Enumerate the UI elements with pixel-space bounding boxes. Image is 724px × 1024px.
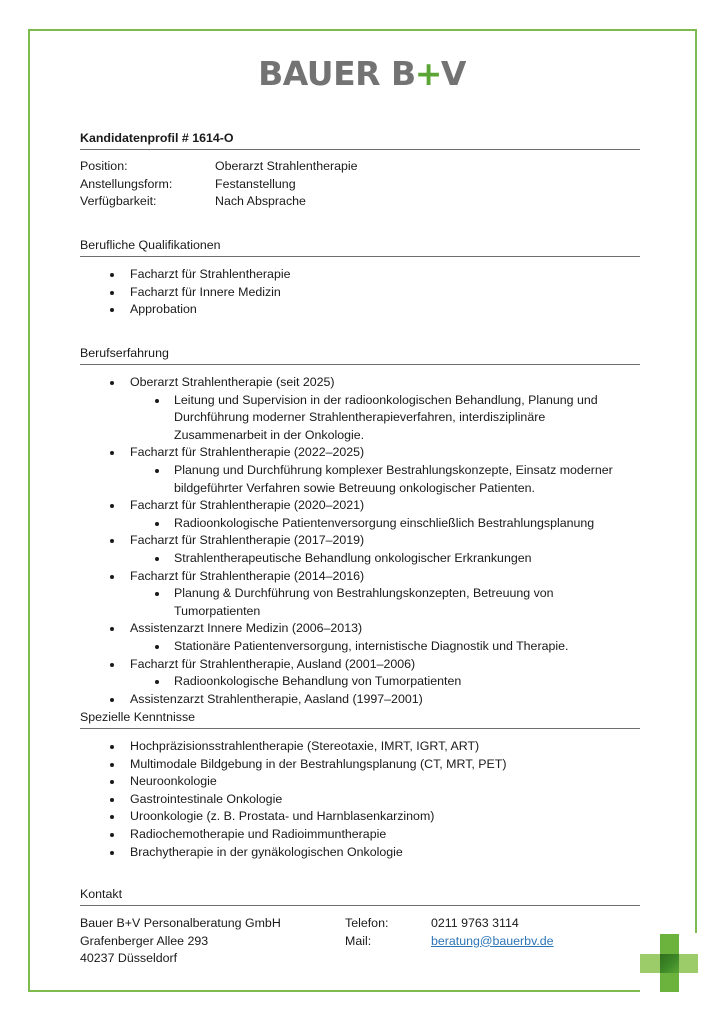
experience-detail-text: Strahlentherapeutische Behandlung onkolo…	[174, 551, 532, 565]
experience-item-text: Facharzt für Strahlentherapie (2020–2021…	[130, 498, 364, 512]
mail-link[interactable]: beratung@bauerbv.de	[431, 933, 554, 951]
experience-detail-text: Leitung und Supervision in der radioonko…	[174, 393, 598, 442]
experience-item: Facharzt für Strahlentherapie (2020–2021…	[80, 497, 640, 532]
experience-details: Stationäre Patientenversorgung, internis…	[130, 638, 640, 656]
experience-item: Oberarzt Strahlentherapie (seit 2025)Lei…	[80, 374, 640, 444]
logo-plus-icon: +	[415, 54, 442, 93]
experience-detail-text: Planung & Durchführung von Bestrahlungsk…	[174, 586, 554, 618]
company-logo: BAUER B+V	[0, 54, 724, 93]
experience-item: Facharzt für Strahlentherapie (2017–2019…	[80, 532, 640, 567]
qualification-item-text: Facharzt für Innere Medizin	[130, 285, 281, 299]
phone-label: Telefon:	[345, 915, 431, 933]
experience-detail: Radioonkologische Patientenversorgung ei…	[130, 515, 640, 533]
experience-details: Radioonkologische Patientenversorgung ei…	[130, 515, 640, 533]
company-name: Bauer B+V Personalberatung GmbH	[80, 915, 281, 933]
experience-detail-text: Radioonkologische Patientenversorgung ei…	[174, 516, 594, 530]
qualification-item: Approbation	[80, 301, 640, 319]
green-cross-icon	[640, 934, 698, 992]
skill-item: Radiochemotherapie und Radioimmuntherapi…	[80, 826, 640, 844]
experience-detail: Planung & Durchführung von Bestrahlungsk…	[130, 585, 640, 620]
skill-item: Gastrointestinale Onkologie	[80, 791, 640, 809]
qualification-item-text: Facharzt für Strahlentherapie	[130, 267, 290, 281]
experience-detail: Planung und Durchführung komplexer Bestr…	[130, 462, 640, 497]
experience-details: Planung und Durchführung komplexer Bestr…	[130, 462, 640, 497]
experience-item: Facharzt für Strahlentherapie, Ausland (…	[80, 656, 640, 691]
skill-item-text: Multimodale Bildgebung in der Bestrahlun…	[130, 757, 507, 771]
experience-item-text: Assistenzarzt Innere Medizin (2006–2013)	[130, 621, 362, 635]
skills-list: Hochpräzisionsstrahlentherapie (Stereota…	[80, 738, 640, 861]
experience-details: Leitung und Supervision in der radioonko…	[130, 392, 640, 445]
experience-item-text: Facharzt für Strahlentherapie (2022–2025…	[130, 445, 364, 459]
skill-item-text: Hochpräzisionsstrahlentherapie (Stereota…	[130, 739, 479, 753]
skill-item: Multimodale Bildgebung in der Bestrahlun…	[80, 756, 640, 774]
contact-title: Kontakt	[80, 887, 640, 906]
skills-title: Spezielle Kenntnisse	[80, 710, 640, 729]
street: Grafenberger Allee 293	[80, 933, 281, 951]
experience-item: Facharzt für Strahlentherapie (2014–2016…	[80, 568, 640, 621]
skill-item-text: Neuroonkologie	[130, 774, 217, 788]
page-frame-left	[28, 29, 30, 992]
mail-label: Mail:	[345, 933, 431, 951]
experience-item-text: Facharzt für Strahlentherapie, Ausland (…	[130, 657, 415, 671]
field-employment-type: Anstellungsform:Festanstellung	[80, 176, 358, 194]
experience-list: Oberarzt Strahlentherapie (seit 2025)Lei…	[80, 374, 640, 708]
experience-detail: Stationäre Patientenversorgung, internis…	[130, 638, 640, 656]
field-availability: Verfügbarkeit:Nach Absprache	[80, 193, 358, 211]
experience-detail: Leitung und Supervision in der radioonko…	[130, 392, 640, 445]
qualifications-list: Facharzt für StrahlentherapieFacharzt fü…	[80, 266, 640, 319]
skill-item: Hochpräzisionsstrahlentherapie (Stereota…	[80, 738, 640, 756]
skill-item: Neuroonkologie	[80, 773, 640, 791]
profile-title: Kandidatenprofil # 1614-O	[80, 131, 640, 150]
qualification-item-text: Approbation	[130, 302, 197, 316]
page-frame-bottom	[28, 990, 640, 992]
skill-item: Uroonkologie (z. B. Prostata- und Harnbl…	[80, 808, 640, 826]
experience-detail: Radioonkologische Behandlung von Tumorpa…	[130, 673, 640, 691]
qualifications-title: Berufliche Qualifikationen	[80, 238, 640, 257]
experience-item: Assistenzarzt Innere Medizin (2006–2013)…	[80, 620, 640, 655]
skill-item-text: Radiochemotherapie und Radioimmuntherapi…	[130, 827, 386, 841]
page-frame-top	[28, 29, 696, 31]
experience-item-text: Oberarzt Strahlentherapie (seit 2025)	[130, 375, 335, 389]
experience-title: Berufserfahrung	[80, 346, 640, 365]
experience-details: Radioonkologische Behandlung von Tumorpa…	[130, 673, 640, 691]
skill-item-text: Brachytherapie in der gynäkologischen On…	[130, 845, 403, 859]
experience-item-text: Assistenzarzt Strahlentherapie, Aasland …	[130, 692, 423, 706]
qualification-item: Facharzt für Strahlentherapie	[80, 266, 640, 284]
page-frame-right	[695, 29, 697, 933]
skill-item: Brachytherapie in der gynäkologischen On…	[80, 844, 640, 862]
experience-item: Facharzt für Strahlentherapie (2022–2025…	[80, 444, 640, 497]
experience-detail: Strahlentherapeutische Behandlung onkolo…	[130, 550, 640, 568]
profile-fields: Position:Oberarzt Strahlentherapie Anste…	[80, 158, 358, 211]
skill-item-text: Uroonkologie (z. B. Prostata- und Harnbl…	[130, 809, 434, 823]
experience-item: Assistenzarzt Strahlentherapie, Aasland …	[80, 691, 640, 709]
contact-address: Bauer B+V Personalberatung GmbH Grafenbe…	[80, 915, 281, 968]
skill-item-text: Gastrointestinale Onkologie	[130, 792, 282, 806]
experience-detail-text: Planung und Durchführung komplexer Bestr…	[174, 463, 613, 495]
experience-detail-text: Stationäre Patientenversorgung, internis…	[174, 639, 568, 653]
qualification-item: Facharzt für Innere Medizin	[80, 284, 640, 302]
experience-details: Strahlentherapeutische Behandlung onkolo…	[130, 550, 640, 568]
experience-item-text: Facharzt für Strahlentherapie (2017–2019…	[130, 533, 364, 547]
experience-details: Planung & Durchführung von Bestrahlungsk…	[130, 585, 640, 620]
phone-number: 0211 9763 3114	[431, 915, 519, 933]
city: 40237 Düsseldorf	[80, 950, 281, 968]
experience-item-text: Facharzt für Strahlentherapie (2014–2016…	[130, 569, 364, 583]
field-position: Position:Oberarzt Strahlentherapie	[80, 158, 358, 176]
experience-detail-text: Radioonkologische Behandlung von Tumorpa…	[174, 674, 461, 688]
contact-details: Telefon:0211 9763 3114 Mail:beratung@bau…	[345, 915, 554, 950]
